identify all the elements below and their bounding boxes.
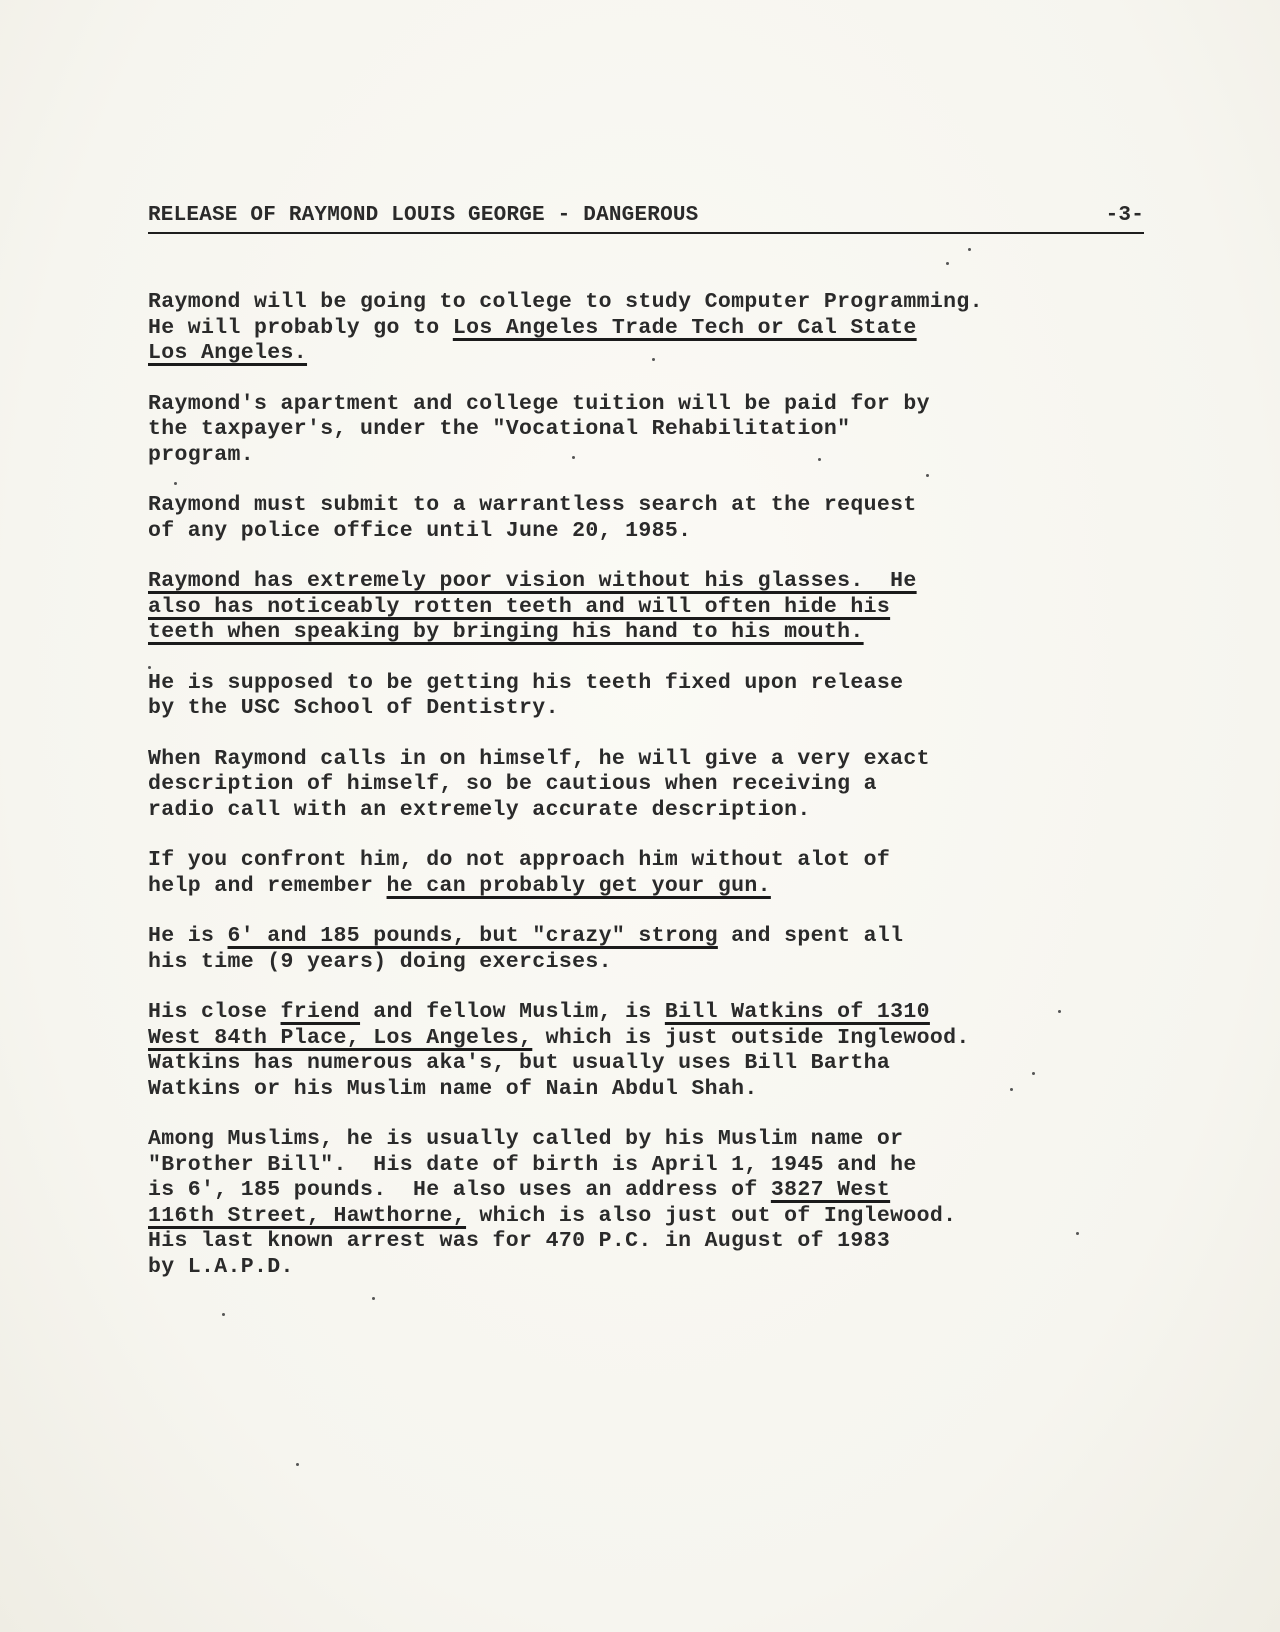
paragraph: Raymond has extremely poor vision withou… — [148, 569, 1148, 646]
underlined-text: Los Angeles. — [148, 341, 307, 365]
scan-speck — [1010, 1088, 1013, 1091]
text-line: He will probably go to Los Angeles Trade… — [148, 316, 1148, 342]
text-line: by the USC School of Dentistry. — [148, 696, 1148, 722]
underlined-text: West 84th Place, Los Angeles, — [148, 1026, 532, 1050]
scan-speck — [372, 1297, 375, 1300]
text-segment: His last known arrest was for 470 P.C. i… — [148, 1229, 890, 1253]
paragraph: If you confront him, do not approach him… — [148, 848, 1148, 899]
text-line: also has noticeably rotten teeth and wil… — [148, 595, 1148, 621]
text-segment: radio call with an extremely accurate de… — [148, 798, 811, 822]
text-segment: If you confront him, do not approach him… — [148, 848, 890, 872]
scan-speck — [572, 456, 575, 459]
text-segment: of any police office until June 20, 1985… — [148, 519, 691, 543]
document-title: RELEASE OF RAYMOND LOUIS GEORGE - DANGER… — [148, 204, 699, 227]
text-line: He is 6' and 185 pounds, but "crazy" str… — [148, 924, 1148, 950]
paragraph: He is 6' and 185 pounds, but "crazy" str… — [148, 924, 1148, 975]
paragraph: Raymond will be going to college to stud… — [148, 290, 1148, 367]
text-line: Watkins has numerous aka's, but usually … — [148, 1051, 1148, 1077]
text-segment: which is also just out of Inglewood. — [466, 1204, 956, 1228]
document-body: Raymond will be going to college to stud… — [148, 290, 1148, 1305]
text-line: program. — [148, 443, 1148, 469]
text-line: by L.A.P.D. — [148, 1255, 1148, 1281]
underlined-text: he can probably get your gun. — [387, 874, 771, 898]
text-line: If you confront him, do not approach him… — [148, 848, 1148, 874]
scan-speck — [818, 458, 821, 461]
text-segment: When Raymond calls in on himself, he wil… — [148, 747, 930, 771]
underlined-text: also has noticeably rotten teeth and wil… — [148, 595, 890, 619]
text-segment: Raymond will be going to college to stud… — [148, 290, 983, 314]
text-segment: by the USC School of Dentistry. — [148, 696, 559, 720]
text-line: His close friend and fellow Muslim, is B… — [148, 1000, 1148, 1026]
paragraph: He is supposed to be getting his teeth f… — [148, 671, 1148, 722]
scan-speck — [1076, 1232, 1079, 1235]
text-line: Watkins or his Muslim name of Nain Abdul… — [148, 1077, 1148, 1103]
text-line: Raymond's apartment and college tuition … — [148, 392, 1148, 418]
paragraph: Raymond must submit to a warrantless sea… — [148, 493, 1148, 544]
text-line: Among Muslims, he is usually called by h… — [148, 1127, 1148, 1153]
text-line: description of himself, so be cautious w… — [148, 772, 1148, 798]
scan-speck — [968, 248, 971, 251]
text-segment: His close — [148, 1000, 281, 1024]
text-line: teeth when speaking by bringing his hand… — [148, 620, 1148, 646]
text-segment: description of himself, so be cautious w… — [148, 772, 877, 796]
text-line: 116th Street, Hawthorne, which is also j… — [148, 1204, 1148, 1230]
text-segment: which is just outside Inglewood. — [532, 1026, 969, 1050]
underlined-text: friend — [281, 1000, 361, 1024]
underlined-text: 116th Street, Hawthorne, — [148, 1204, 466, 1228]
text-segment: Raymond must submit to a warrantless sea… — [148, 493, 917, 517]
text-segment: "Brother Bill". His date of birth is Apr… — [148, 1153, 917, 1177]
text-line: of any police office until June 20, 1985… — [148, 519, 1148, 545]
text-segment: Watkins has numerous aka's, but usually … — [148, 1051, 890, 1075]
text-line: help and remember he can probably get yo… — [148, 874, 1148, 900]
text-segment: by L.A.P.D. — [148, 1255, 294, 1279]
underlined-text: Los Angeles Trade Tech or Cal State — [453, 316, 917, 340]
text-segment: and spent all — [718, 924, 904, 948]
text-segment: Among Muslims, he is usually called by h… — [148, 1127, 903, 1151]
underlined-text: Raymond has extremely poor vision withou… — [148, 569, 917, 593]
text-segment: Raymond's apartment and college tuition … — [148, 392, 930, 416]
scan-speck — [652, 358, 655, 361]
page-number: -3- — [1106, 204, 1144, 227]
text-line: His last known arrest was for 470 P.C. i… — [148, 1229, 1148, 1255]
underlined-text: 6' and 185 pounds, but "crazy" strong — [228, 924, 718, 948]
text-segment: He is supposed to be getting his teeth f… — [148, 671, 903, 695]
underlined-text: Bill Watkins of 1310 — [665, 1000, 930, 1024]
text-line: is 6', 185 pounds. He also uses an addre… — [148, 1178, 1148, 1204]
text-segment: He is — [148, 924, 228, 948]
scan-speck — [296, 1463, 299, 1466]
text-line: West 84th Place, Los Angeles, which is j… — [148, 1026, 1148, 1052]
scan-speck — [1058, 1010, 1061, 1013]
scan-speck — [926, 474, 929, 477]
underlined-text: 3827 West — [771, 1178, 890, 1202]
paragraph: His close friend and fellow Muslim, is B… — [148, 1000, 1148, 1102]
text-segment: Watkins or his Muslim name of Nain Abdul… — [148, 1077, 758, 1101]
text-segment: his time (9 years) doing exercises. — [148, 950, 612, 974]
text-line: He is supposed to be getting his teeth f… — [148, 671, 1148, 697]
text-line: his time (9 years) doing exercises. — [148, 950, 1148, 976]
text-line: "Brother Bill". His date of birth is Apr… — [148, 1153, 1148, 1179]
paragraph: When Raymond calls in on himself, he wil… — [148, 747, 1148, 824]
text-segment: program. — [148, 443, 254, 467]
paragraph: Among Muslims, he is usually called by h… — [148, 1127, 1148, 1280]
scan-speck — [222, 1313, 225, 1316]
scan-speck — [148, 666, 151, 669]
text-line: Raymond must submit to a warrantless sea… — [148, 493, 1148, 519]
text-line: the taxpayer's, under the "Vocational Re… — [148, 417, 1148, 443]
document-header: RELEASE OF RAYMOND LOUIS GEORGE - DANGER… — [148, 204, 1144, 234]
text-segment: and fellow Muslim, is — [360, 1000, 665, 1024]
text-line: Los Angeles. — [148, 341, 1148, 367]
text-segment: help and remember — [148, 874, 387, 898]
scan-speck — [174, 482, 177, 485]
text-line: radio call with an extremely accurate de… — [148, 798, 1148, 824]
text-line: When Raymond calls in on himself, he wil… — [148, 747, 1148, 773]
text-line: Raymond has extremely poor vision withou… — [148, 569, 1148, 595]
paragraph: Raymond's apartment and college tuition … — [148, 392, 1148, 469]
scan-speck — [1032, 1072, 1035, 1075]
document-page: RELEASE OF RAYMOND LOUIS GEORGE - DANGER… — [0, 0, 1280, 1632]
text-segment: is 6', 185 pounds. He also uses an addre… — [148, 1178, 771, 1202]
text-segment: He will probably go to — [148, 316, 453, 340]
underlined-text: teeth when speaking by bringing his hand… — [148, 620, 864, 644]
text-segment: the taxpayer's, under the "Vocational Re… — [148, 417, 850, 441]
scan-speck — [946, 262, 949, 265]
text-line: Raymond will be going to college to stud… — [148, 290, 1148, 316]
